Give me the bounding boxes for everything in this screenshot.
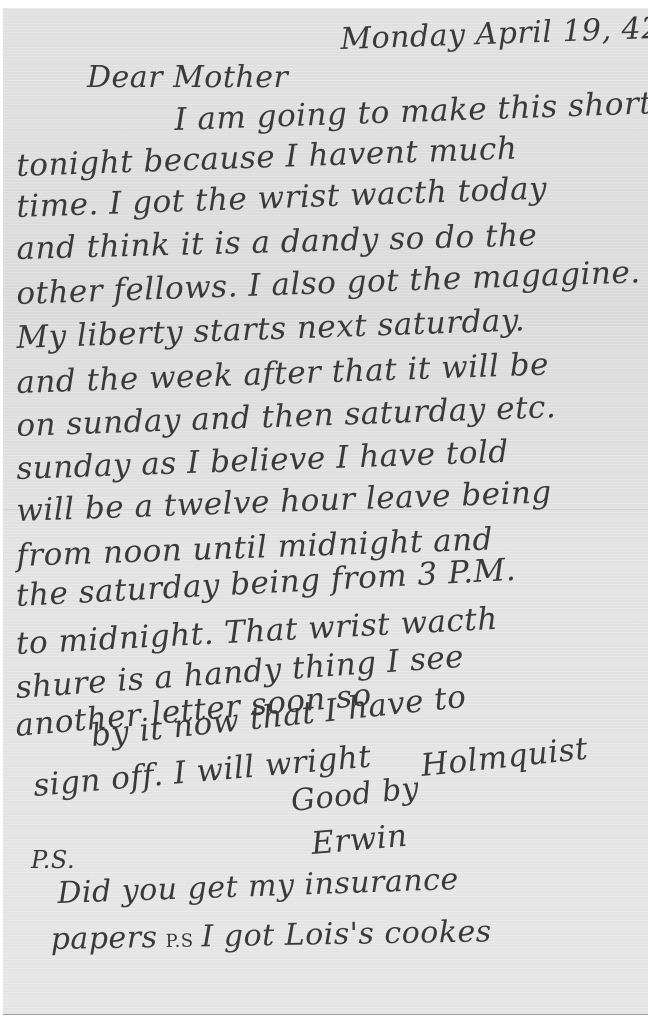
ps-line: papersP.SI got Lois's cookes [50, 914, 492, 957]
ps-line-start: papers [50, 920, 157, 957]
body-line: My liberty starts next saturday. [16, 302, 526, 356]
letter-page: Monday April 19, 42 Dear Mother I am goi… [3, 8, 648, 1014]
ps-label: P.S. [31, 846, 75, 874]
signature-first-name: Erwin [310, 818, 409, 862]
ps2-label: P.S [165, 931, 193, 952]
letter-salutation: Dear Mother [87, 60, 288, 95]
ps-line-end: I got Lois's cookes [201, 914, 492, 954]
letter-date: Monday April 19, 42 [340, 11, 648, 57]
ps-line: Did you get my insurance [57, 862, 459, 911]
signature-last-name: Holmquist [419, 731, 589, 784]
